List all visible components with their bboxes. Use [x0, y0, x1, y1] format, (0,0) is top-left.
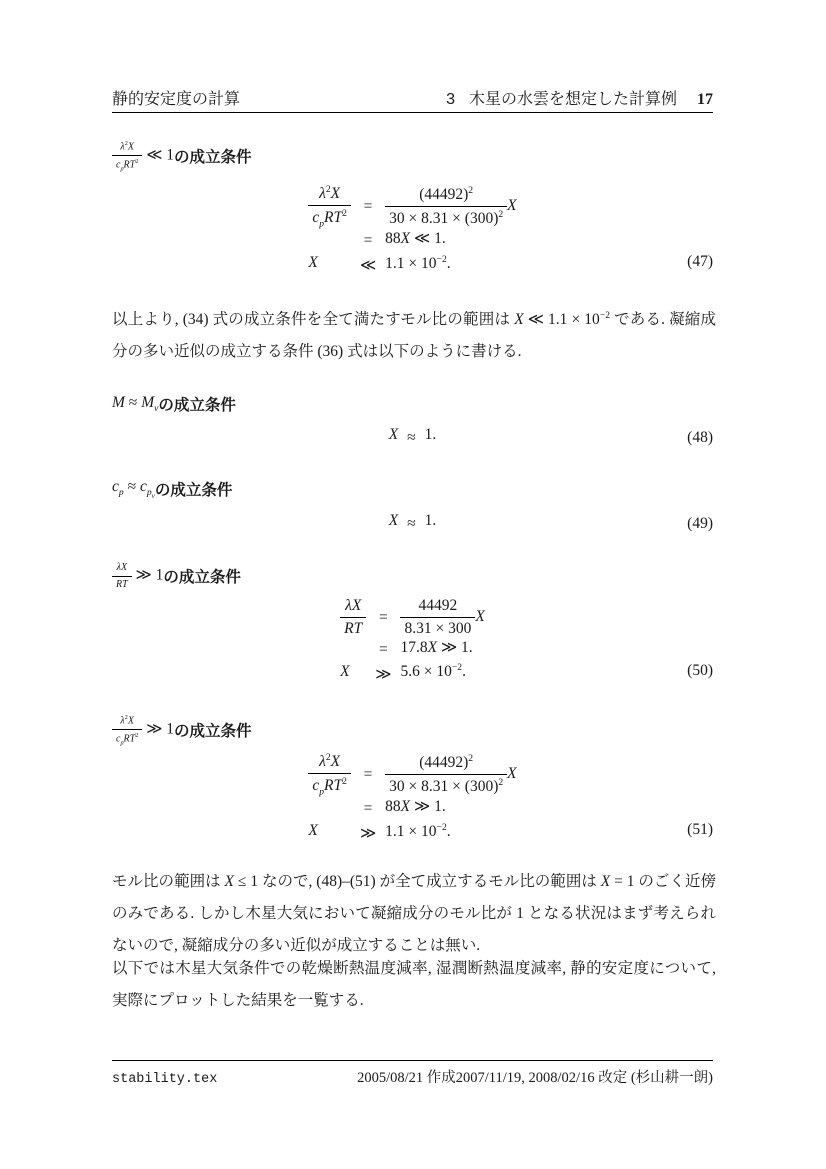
equation-block-49: X ≈ 1. (49): [112, 512, 713, 536]
eq-op: ≪: [351, 253, 385, 278]
equation-row: X ≫ 1.1 × 10−2.: [308, 821, 516, 846]
eq-rhs: 444928.31 × 300X: [400, 605, 484, 628]
equation-row: X ≈ 1.: [389, 426, 437, 450]
document-page: 静的安定度の計算 3 木星の水雲を想定した計算例 17 λ2XcpRT2 ≪ 1…: [0, 0, 826, 1169]
eq-lhs: λ2XcpRT2: [308, 194, 351, 217]
condition-heading-51: λ2XcpRT2 ≫ 1 の成立条件: [112, 714, 252, 746]
condition-heading-48: M ≈ Mv の成立条件: [112, 393, 236, 415]
eq-op: ≈: [398, 426, 425, 450]
equation-row: X ≈ 1.: [389, 512, 437, 536]
equation-row: λXRT = 444928.31 × 300X: [340, 597, 485, 638]
condition-heading-50: λXRT ≫ 1 の成立条件: [112, 562, 241, 590]
header-right-group: 3 木星の水雲を想定した計算例 17: [446, 86, 713, 109]
equation-block-47: λ2XcpRT2 = (44492)230 × 8.31 × (300)2X =…: [112, 184, 713, 278]
eq-lhs: X: [308, 819, 317, 842]
eq-lhs: X: [389, 509, 398, 532]
equation-number-49: (49): [687, 515, 713, 533]
equation-block-48: X ≈ 1. (48): [112, 426, 713, 450]
heading-math-50: λXRT ≫ 1: [112, 562, 163, 590]
eq-rhs: (44492)230 × 8.31 × (300)2X: [385, 762, 516, 785]
eq-rhs: (44492)230 × 8.31 × (300)2X: [385, 194, 516, 217]
equation-row: λ2XcpRT2 = (44492)230 × 8.31 × (300)2X: [308, 752, 516, 797]
eq-rhs: 17.8X ≫ 1.: [400, 636, 472, 659]
header-rule: [112, 112, 713, 113]
equation-align-51: λ2XcpRT2 = (44492)230 × 8.31 × (300)2X =…: [308, 752, 516, 846]
eq-lhs: X: [308, 251, 317, 274]
page-footer: stability.tex 2005/08/21 作成2007/11/19, 2…: [112, 1066, 713, 1087]
eq-rhs: 1.1 × 10−2.: [385, 820, 450, 843]
equation-number-51: (51): [687, 821, 713, 839]
equation-align-48: X ≈ 1.: [389, 426, 437, 450]
eq-rhs: 1.: [425, 423, 437, 446]
paragraph-2: モル比の範囲は X ≤ 1 なので, (48)–(51) が全て成立するモル比の…: [112, 866, 716, 962]
equation-row: = 88X ≪ 1.: [308, 229, 516, 253]
footer-rule: [112, 1060, 713, 1061]
eq-op: =: [366, 597, 400, 638]
heading-label-51: の成立条件: [174, 719, 252, 741]
equation-row: = 88X ≫ 1.: [308, 797, 516, 821]
eq-lhs: X: [340, 660, 349, 683]
heading-math-51: λ2XcpRT2 ≫ 1: [112, 714, 174, 746]
equation-block-51: λ2XcpRT2 = (44492)230 × 8.31 × (300)2X =…: [112, 752, 713, 846]
eq-op: ≫: [351, 821, 385, 846]
equation-align-50: λXRT = 444928.31 × 300X = 17.8X ≫ 1. X ≫…: [340, 597, 485, 687]
eq-op: ≈: [398, 512, 425, 536]
equation-row: λ2XcpRT2 = (44492)230 × 8.31 × (300)2X: [308, 184, 516, 229]
eq-op: =: [351, 752, 385, 797]
eq-rhs: 1.1 × 10−2.: [385, 252, 450, 275]
heading-math-47: λ2XcpRT2 ≪ 1: [112, 140, 174, 172]
heading-math-48: M ≈ Mv: [112, 394, 158, 414]
equation-row: X ≪ 1.1 × 10−2.: [308, 253, 516, 278]
eq-op: =: [351, 184, 385, 229]
paragraph-1: 以上より, (34) 式の成立条件を全て満たすモル比の範囲は X ≪ 1.1 ×…: [112, 300, 716, 368]
heading-label-50: の成立条件: [163, 565, 241, 587]
heading-label-48: の成立条件: [158, 393, 236, 415]
equation-row: X ≫ 5.6 × 10−2.: [340, 662, 485, 687]
eq-rhs: 88X ≫ 1.: [385, 795, 446, 818]
section-number: 3: [446, 91, 455, 109]
equation-block-50: λXRT = 444928.31 × 300X = 17.8X ≫ 1. X ≫…: [112, 597, 713, 687]
footer-revision: 2005/08/21 作成2007/11/19, 2008/02/16 改定 (…: [357, 1066, 713, 1087]
heading-math-49: cp ≈ cpv: [112, 478, 155, 500]
eq-op: =: [351, 797, 385, 821]
page-header: 静的安定度の計算 3 木星の水雲を想定した計算例 17: [112, 86, 713, 109]
condition-heading-47: λ2XcpRT2 ≪ 1 の成立条件: [112, 140, 252, 172]
equation-number-50: (50): [687, 662, 713, 680]
eq-rhs: 88X ≪ 1.: [385, 227, 446, 250]
equation-align-49: X ≈ 1.: [389, 512, 437, 536]
eq-lhs: λXRT: [340, 605, 366, 628]
eq-lhs: λ2XcpRT2: [308, 762, 351, 785]
running-title: 静的安定度の計算: [112, 86, 240, 109]
eq-op: =: [366, 638, 400, 662]
heading-label-49: の成立条件: [155, 478, 233, 500]
eq-op: =: [351, 229, 385, 253]
paragraph-3: 以下では木星大気条件での乾燥断熱温度減率, 湿潤断熱温度減率, 静的安定度につい…: [112, 953, 716, 1017]
equation-number-48: (48): [687, 429, 713, 447]
footer-filename: stability.tex: [112, 1072, 217, 1087]
heading-label-47: の成立条件: [174, 145, 252, 167]
eq-rhs: 1.: [425, 509, 437, 532]
eq-rhs: 5.6 × 10−2.: [400, 660, 465, 683]
equation-align-47: λ2XcpRT2 = (44492)230 × 8.31 × (300)2X =…: [308, 184, 516, 278]
condition-heading-49: cp ≈ cpv の成立条件: [112, 478, 232, 500]
equation-number-47: (47): [687, 253, 713, 271]
eq-lhs: X: [389, 423, 398, 446]
page-number: 17: [697, 91, 713, 109]
section-title: 木星の水雲を想定した計算例: [469, 86, 677, 109]
equation-row: = 17.8X ≫ 1.: [340, 638, 485, 662]
eq-op: ≫: [366, 662, 400, 687]
